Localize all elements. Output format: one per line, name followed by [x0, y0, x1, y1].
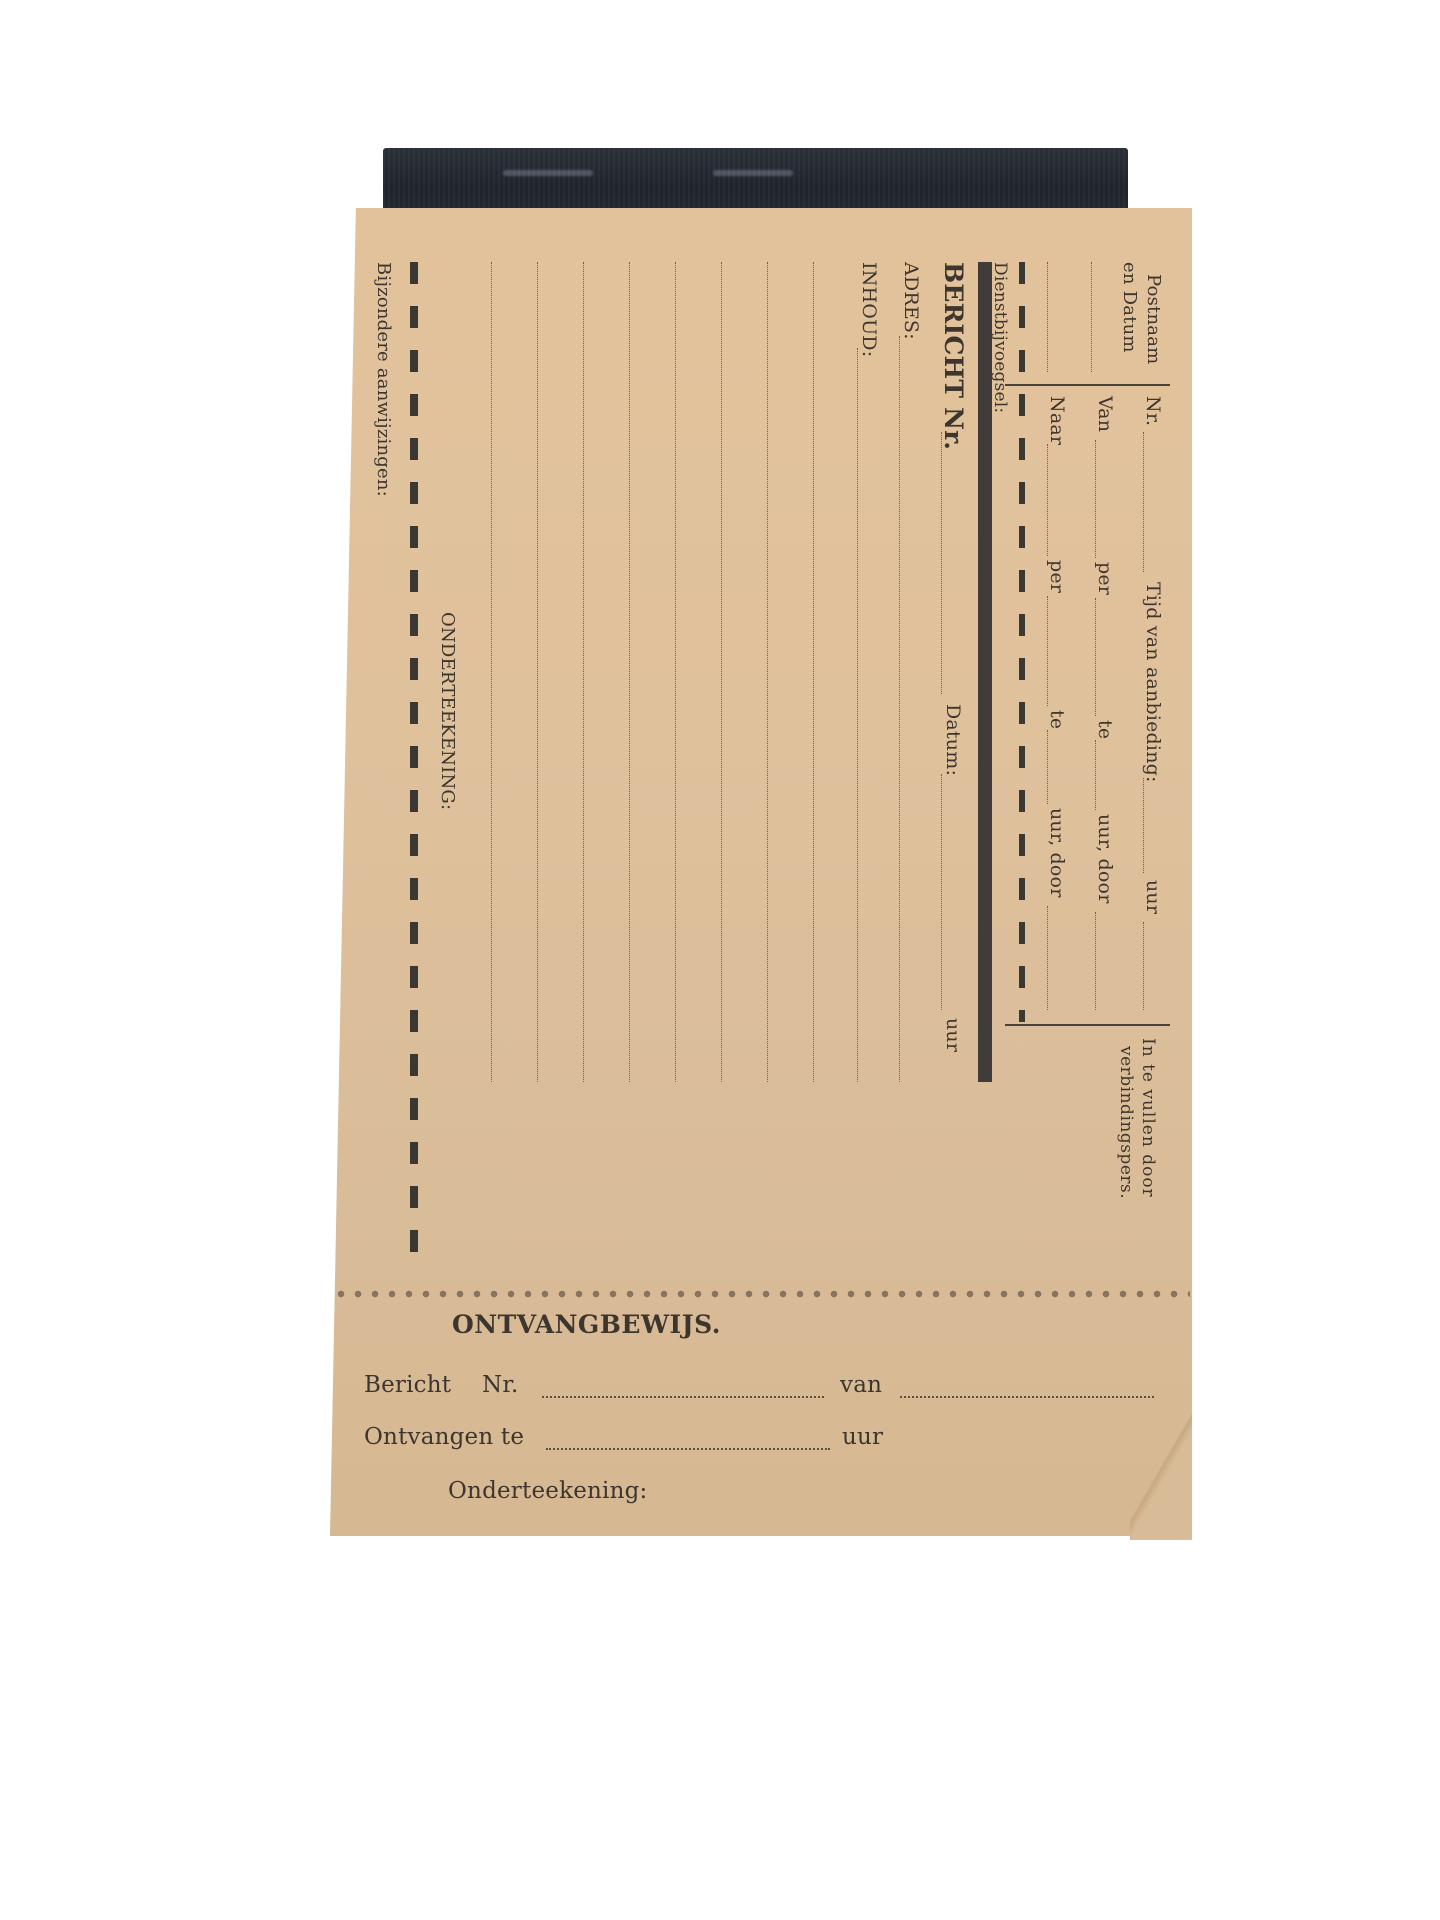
inhoud-line-2[interactable]: [813, 262, 814, 1082]
receipt-uur-label: uur: [842, 1424, 883, 1450]
footer-dashed-rule: [410, 262, 418, 1272]
inhoud-line-3[interactable]: [767, 262, 768, 1082]
binding-sheen: [503, 170, 593, 176]
te-field-2[interactable]: [1047, 730, 1048, 804]
uur-door-label-2: uur, door: [1046, 808, 1068, 897]
receipt-nr-label: Nr.: [482, 1372, 519, 1398]
uur-label-1: uur: [1142, 880, 1164, 914]
header-divider-end: [1005, 1024, 1170, 1026]
uur-door-label-1: uur, door: [1094, 814, 1116, 903]
adres-label: ADRES:: [900, 262, 922, 340]
receipt-ondertekening-label: Onderteekening:: [448, 1478, 647, 1504]
ondertekening-label: ONDERTEEKENING:: [437, 612, 458, 810]
adres-field[interactable]: [899, 336, 900, 1082]
inhoud-line-7[interactable]: [583, 262, 584, 1082]
uur-field-1[interactable]: [1143, 922, 1144, 1010]
inhoud-line-4[interactable]: [721, 262, 722, 1082]
header-divider-vertical: [1005, 384, 1170, 386]
receipt-nr-field[interactable]: [542, 1396, 824, 1398]
per-field-1[interactable]: [1095, 598, 1096, 716]
inhoud-line-6[interactable]: [629, 262, 630, 1082]
per-field-2[interactable]: [1047, 596, 1048, 706]
receipt-ontvangen-label: Ontvangen te: [364, 1424, 524, 1450]
door-field-1[interactable]: [1095, 912, 1096, 1010]
nr-field[interactable]: [1143, 432, 1144, 572]
verbindingspers-note-line1: In te vullen door: [1138, 1038, 1158, 1198]
header-dashed-rule: [1019, 262, 1025, 1022]
datum-field[interactable]: [941, 774, 942, 1010]
naar-label: Naar: [1046, 396, 1068, 445]
tijd-aanbieding-field[interactable]: [1143, 778, 1144, 873]
inhoud-label: INHOUD:: [858, 262, 880, 357]
receipt-van-label: van: [840, 1372, 882, 1398]
receipt-bericht-label: Bericht: [364, 1372, 451, 1398]
naar-field[interactable]: [1047, 444, 1048, 556]
bericht-nr-field[interactable]: [941, 432, 942, 694]
bijzondere-aanwijzingen-label: Bijzondere aanwijzingen:: [373, 262, 394, 497]
datum-field[interactable]: [1047, 262, 1048, 372]
te-label-1: te: [1094, 720, 1116, 739]
receipt-van-field[interactable]: [900, 1396, 1154, 1398]
per-label-1: per: [1094, 562, 1116, 595]
en-datum-label: en Datum: [1119, 262, 1140, 353]
uur-label: uur: [942, 1018, 964, 1052]
door-field-2[interactable]: [1047, 906, 1048, 1010]
postnaam-label: Postnaam: [1143, 274, 1164, 364]
te-field-1[interactable]: [1095, 740, 1096, 810]
van-field[interactable]: [1095, 440, 1096, 558]
inhoud-line-5[interactable]: [675, 262, 676, 1082]
inhoud-line-1[interactable]: [857, 348, 858, 1082]
postnaam-field[interactable]: [1091, 262, 1092, 372]
torn-corner: [1130, 1400, 1192, 1540]
van-label: Van: [1094, 396, 1116, 432]
binding-sheen: [713, 170, 793, 176]
perforation-line[interactable]: [335, 1288, 1190, 1300]
receipt-ontvangen-field[interactable]: [546, 1448, 830, 1450]
verbindingspers-note-line2: verbindingspers.: [1116, 1046, 1136, 1199]
tijd-aanbieding-label: Tijd van aanbieding:: [1142, 582, 1164, 783]
inhoud-line-8[interactable]: [537, 262, 538, 1082]
dienstbijvoegsel-label: Dienstbijvoegsel:: [990, 262, 1010, 413]
datum-label: Datum:: [942, 704, 964, 776]
receipt-title: ONTVANGBEWIJS.: [452, 1310, 721, 1339]
bericht-nr-label: BERICHT Nr.: [939, 262, 968, 450]
inhoud-line-9[interactable]: [491, 262, 492, 1082]
message-form-rotated: Postnaam en Datum Nr. Tijd van aanbiedin…: [348, 262, 1170, 1292]
te-label-2: te: [1046, 710, 1068, 729]
per-label-2: per: [1046, 560, 1068, 593]
heavy-divider-bar: [978, 262, 992, 1082]
nr-label: Nr.: [1142, 396, 1164, 426]
